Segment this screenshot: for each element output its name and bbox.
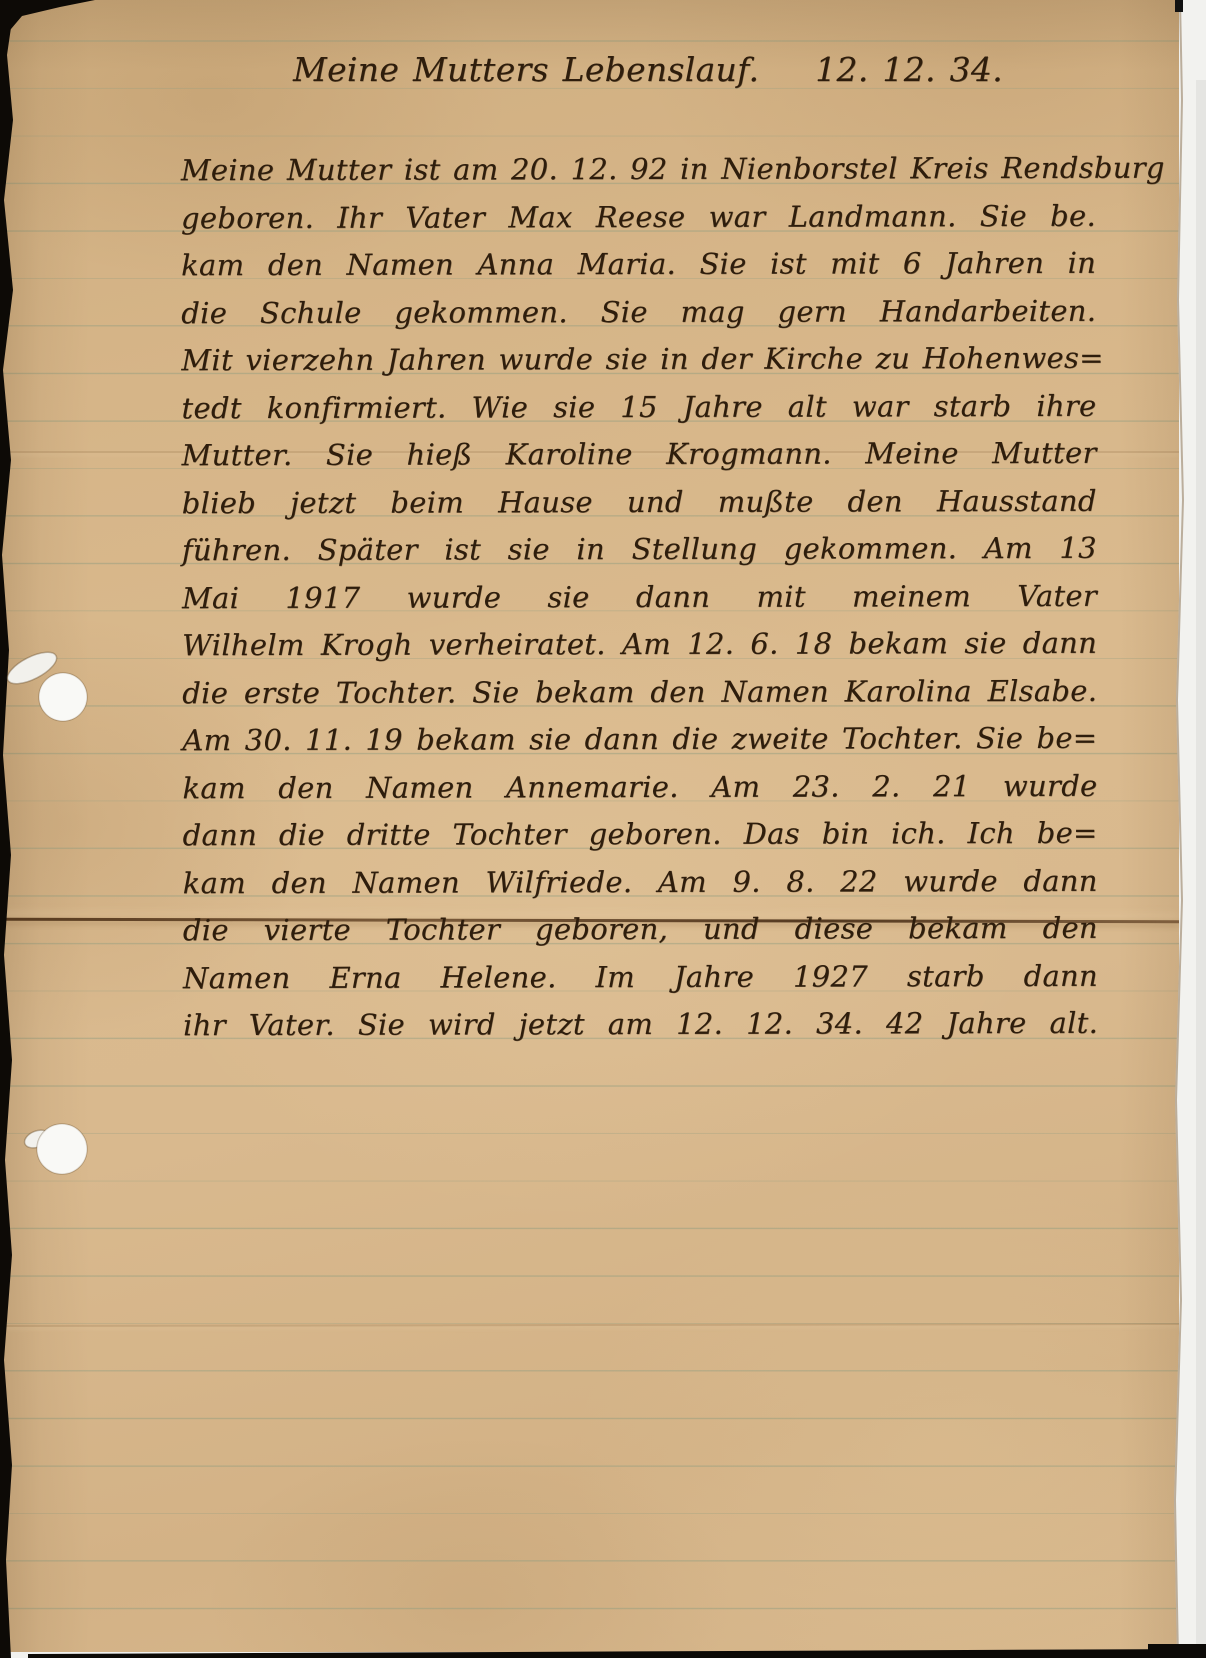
handwritten-line-1: Meine Mutter ist am 20. 12. 92 in Nienbo… — [181, 145, 1096, 195]
handwritten-line-16: kam den Namen Wilfriede. Am 9. 8. 22 wur… — [183, 857, 1098, 907]
paper-sheet: Meine Mutters Lebenslauf. 12. 12. 34. Me… — [0, 0, 1179, 1652]
handwritten-line-3: kam den Namen Anna Maria. Sie ist mit 6 … — [181, 240, 1096, 290]
handwritten-line-13: Am 30. 11. 19 bekam sie dann die zweite … — [182, 715, 1097, 765]
handwritten-line-2: geboren. Ihr Vater Max Reese war Landman… — [181, 192, 1096, 242]
scanner-shadow-right — [1196, 80, 1206, 1658]
document-date: 12. 12. 34. — [815, 50, 1003, 89]
handwritten-line-12: die erste Tochter. Sie bekam den Namen K… — [182, 667, 1097, 717]
handwritten-line-18: Namen Erna Helene. Im Jahre 1927 starb d… — [183, 952, 1098, 1002]
handwritten-line-8: blieb jetzt beim Hause und mußte den Hau… — [182, 477, 1097, 527]
document-title-row: Meine Mutters Lebenslauf. 12. 12. 34. — [293, 50, 1003, 89]
handwritten-line-14: kam den Namen Annemarie. Am 23. 2. 21 wu… — [182, 762, 1097, 812]
handwritten-line-15: dann die dritte Tochter geboren. Das bin… — [183, 810, 1098, 860]
scanned-document: Meine Mutters Lebenslauf. 12. 12. 34. Me… — [0, 0, 1206, 1658]
handwritten-line-19: ihr Vater. Sie wird jetzt am 12. 12. 34.… — [183, 1000, 1098, 1050]
handwritten-line-11: Wilhelm Krogh verheiratet. Am 12. 6. 18 … — [182, 620, 1097, 670]
handwritten-line-17: die vierte Tochter geboren, und diese be… — [183, 905, 1098, 955]
handwritten-line-9: führen. Später ist sie in Stellung gekom… — [182, 525, 1097, 575]
handwritten-body: Meine Mutter ist am 20. 12. 92 in Nienbo… — [181, 145, 1098, 1050]
handwritten-line-5: Mit vierzehn Jahren wurde sie in der Kir… — [181, 335, 1096, 385]
handwritten-line-4: die Schule gekommen. Sie mag gern Handar… — [181, 287, 1096, 337]
handwritten-line-6: tedt konfirmiert. Wie sie 15 Jahre alt w… — [181, 382, 1096, 432]
handwritten-line-10: Mai 1917 wurde sie dann mit meinem Vater — [182, 572, 1097, 622]
handwritten-line-7: Mutter. Sie hieß Karoline Krogmann. Mein… — [182, 430, 1097, 480]
document-title: Meine Mutters Lebenslauf. — [293, 50, 759, 89]
